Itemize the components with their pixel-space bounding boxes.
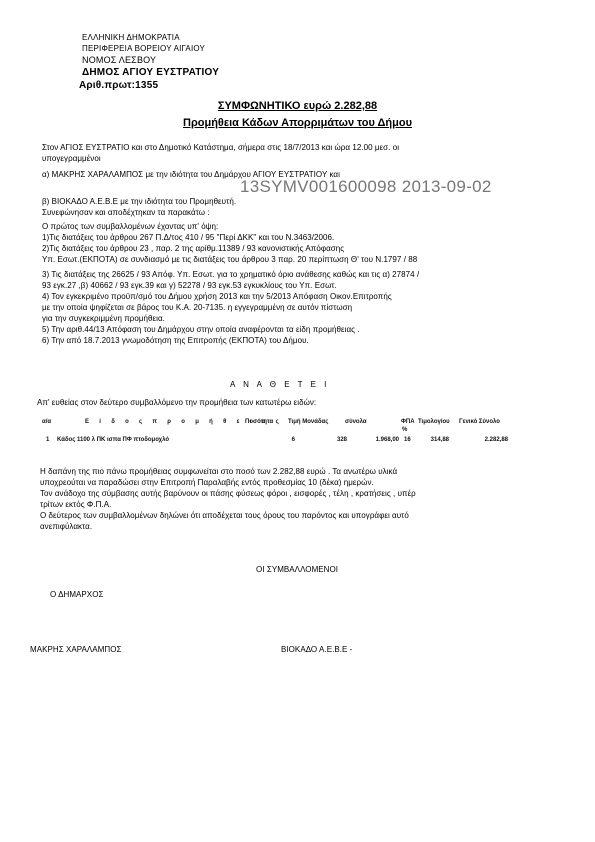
- cell-no: 1: [46, 437, 49, 443]
- col-header-no: α/α: [42, 419, 51, 425]
- terms-line: ανεπιφύλακτα.: [40, 522, 92, 531]
- col-header-vat-amount: Τιμολογίου: [418, 419, 450, 425]
- consideration-item: 5) Την αριθ.44/13 Απόφαση του Δημάρχου σ…: [42, 325, 360, 334]
- header-prefecture: ΝΟΜΟΣ ΛΕΣΒΟΥ: [82, 55, 156, 65]
- col-header-qty: Ποσότητα: [245, 419, 273, 425]
- consideration-item: με την οποία ψηφίζεται σε βάρος του Κ.Α.…: [42, 303, 352, 312]
- col-header-vat-pct-sub: %: [402, 427, 407, 433]
- header-country: ΕΛΛΗΝΙΚΗ ΔΗΜΟΚΡΑΤΙΑ: [82, 33, 180, 42]
- terms-line: Η δαπάνη της πιο πάνω προμήθειας συμφωνε…: [40, 467, 397, 476]
- cell-qty: 6: [280, 437, 295, 443]
- header-region: ΠΕΡΙΦΕΡΕΙΑ ΒΟΡΕΙΟΥ ΑΙΓΑΙΟΥ: [82, 44, 205, 53]
- consideration-item: 3) Τις διατάξεις της 26625 / 93 Απόφ. Υπ…: [42, 270, 419, 279]
- cell-item: Κάδος 1100 λ ΠΚ ισπα ΠΦ πτοδομοχλό: [57, 437, 169, 443]
- registration-stamp: 13SYMV001600098 2013-09-02: [240, 177, 492, 197]
- cell-total: 2.282,88: [470, 437, 508, 443]
- document-subtitle: Προμήθεια Κάδων Απορριμάτων του Δήμου: [0, 117, 595, 129]
- agreed-line: Συνεφώνησαν και αποδέχτηκαν τα παρακάτω …: [42, 208, 210, 217]
- document-title: ΣΥΜΦΩΝΗΤΙΚΟ ευρώ 2.282,88: [0, 100, 595, 112]
- intro-line-1: Στον ΑΓΙΟΣ ΕΥΣΤΡΑΤΙΟ και στο Δημοτικό Κα…: [42, 143, 399, 152]
- consideration-item: για την συγκεκριμμένη προμήθεια.: [42, 314, 165, 323]
- award-heading: Α Ν Α Θ Ε Τ Ε Ι: [230, 380, 329, 389]
- terms-line: τρίτων εκτός Φ.Π.Α.: [40, 500, 111, 509]
- terms-line: Ο δεύτερος των συμβαλλομένων δηλώνει ότι…: [40, 511, 409, 520]
- considering-line: Ο πρώτος των συμβαλλομένων έχοντας υπ' ό…: [42, 222, 218, 231]
- consideration-item: 2)Τις διατάξεις του άρθρου 23 , παρ. 2 τ…: [42, 244, 344, 253]
- col-header-vat-pct: ΦΠΑ: [401, 419, 415, 425]
- cell-unit-price: 328: [320, 437, 347, 443]
- terms-line: υποχρεούται να παραδώσει στην Επιτροπή Π…: [40, 478, 374, 487]
- cell-subtotal: 1.968,00: [358, 437, 399, 443]
- header-municipality: ΔΗΜΟΣ ΑΓΙΟΥ ΕΥΣΤΡΑΤΙΟΥ: [82, 67, 219, 78]
- consideration-item: 1)Τις διατάξεις του άρθρου 267 Π.Δ/τος 4…: [42, 233, 334, 242]
- terms-line: Τον ανάδοχο της σύμβασης αυτής βαρύνουν …: [40, 489, 416, 498]
- col-header-unit-price: Τιμή Μονάδας: [288, 419, 328, 425]
- signatures-heading: ΟΙ ΣΥΜΒΑΛΛΟΜΕΝΟΙ: [256, 565, 338, 574]
- consideration-item: 6) Την από 18.7.2013 γνωμοδότηση της Επι…: [42, 336, 309, 345]
- mayor-name: ΜΑΚΡΗΣ ΧΑΡΑΛΑΜΠΟΣ: [30, 645, 122, 654]
- col-header-total: Γενικό Σύνολο: [459, 419, 500, 425]
- protocol-number: Αριθ.πρωτ:1355: [79, 80, 158, 91]
- cell-vat-pct: 16: [404, 437, 411, 443]
- supplier-name: ΒΙΟΚΑΔΟ Α.Ε.Β.Ε -: [281, 645, 352, 654]
- mayor-title: Ο ΔΗΜΑΡΧΟΣ: [50, 590, 103, 599]
- consideration-item: Υπ. Εσωτ.(ΕΚΠΟΤΑ) σε συνδιασμό με τις δι…: [42, 255, 417, 264]
- consideration-item: 93 εγκ.27 ,β) 40662 / 93 εγκ.39 και γ) 5…: [42, 281, 337, 290]
- intro-line-2: υπογεγραμμένοι: [42, 154, 101, 163]
- cell-vat-amount: 314,88: [420, 437, 449, 443]
- col-header-subtotal: σύνολα: [345, 419, 367, 425]
- award-line: Απ' ευθείας στον δεύτερο συμβαλλόμενο τη…: [37, 398, 316, 407]
- party-b: β) ΒΙΟΚΑΔΟ Α.Ε.Β.Ε με την ιδιότητα του Π…: [42, 197, 236, 206]
- consideration-item: 4) Τον εγκεκριμένο προϋπ/σμό του Δήμου χ…: [42, 292, 392, 301]
